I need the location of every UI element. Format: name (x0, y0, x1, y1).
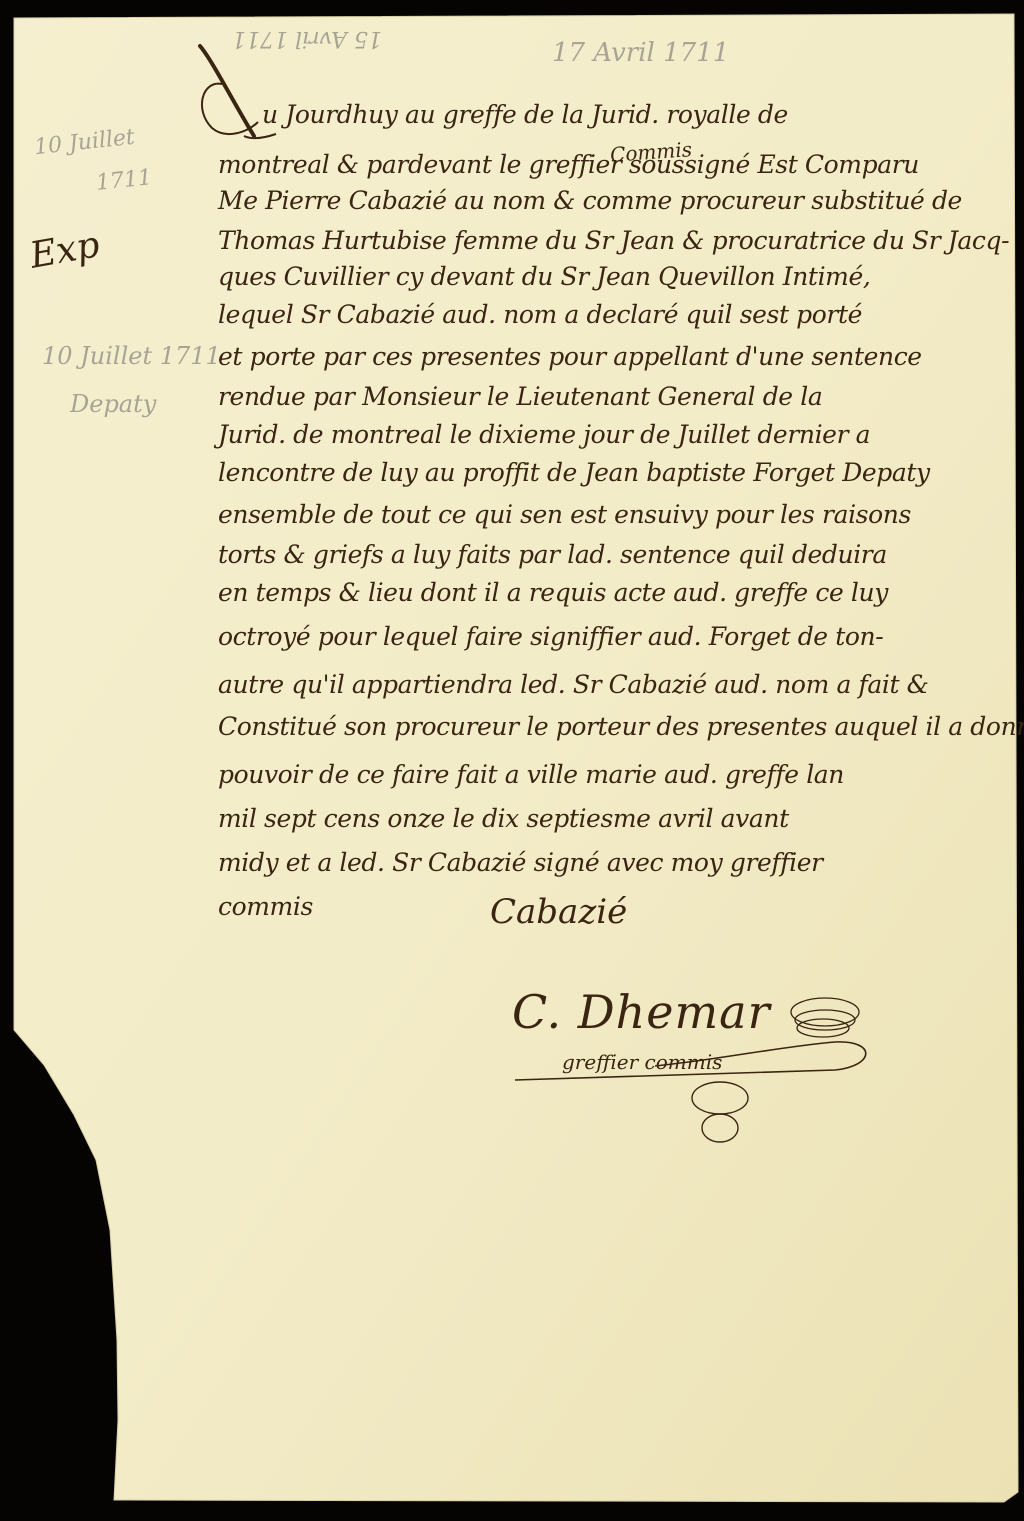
text-line: montreal & pardevant le greffier soussig… (218, 150, 978, 180)
signature-cabazie: Cabazié (490, 892, 627, 932)
text-line: ques Cuvillier cy devant du Sr Jean Quev… (218, 262, 978, 292)
text-line: mil sept cens onze le dix septiesme avri… (218, 804, 978, 834)
manuscript-page: 15 Avril 1711 17 Avril 1711 10 Juillet 1… (0, 0, 1024, 1521)
text-line: lequel Sr Cabazié aud. nom a declaré qui… (218, 300, 978, 330)
signature-dhemar: C. Dhemar (512, 985, 771, 1039)
text-line: Constitué son procureur le porteur des p… (218, 712, 978, 742)
text-line: Me Pierre Cabazié au nom & comme procure… (218, 186, 978, 216)
text-line: autre qu'il appartiendra led. Sr Cabazié… (218, 670, 978, 700)
signature-title: greffier commis (562, 1050, 722, 1074)
text-line: Jurid. de montreal le dixieme jour de Ju… (218, 420, 978, 450)
margin-date-note: 10 Juillet (33, 125, 136, 160)
text-line: torts & griefs a luy faits par lad. sent… (218, 540, 978, 570)
text-line: rendue par Monsieur le Lieutenant Genera… (218, 382, 978, 412)
text-line: u Jourdhuy au greffe de la Jurid. royall… (262, 100, 978, 130)
margin-ink-mark: Exp (27, 224, 103, 276)
decorated-initial-icon (192, 40, 282, 150)
text-line: pouvoir de ce faire fait a ville marie a… (218, 760, 978, 790)
text-line: et porte par ces presentes pour appellan… (218, 342, 978, 372)
text-line: lencontre de luy au proffit de Jean bapt… (218, 458, 978, 488)
margin-date-year: 1711 (95, 165, 153, 196)
text-line: octroyé pour lequel faire signiffier aud… (218, 622, 978, 652)
margin-date-note-2: 10 Juillet 1711 (42, 342, 221, 370)
text-line: Thomas Hurtubise femme du Sr Jean & proc… (218, 226, 978, 256)
text-line: ensemble de tout ce qui sen est ensuivy … (218, 500, 978, 530)
text-line: midy et a led. Sr Cabazié signé avec moy… (218, 848, 978, 878)
margin-name-note: Depaty (70, 390, 156, 418)
pencil-date-header: 17 Avril 1711 (552, 38, 729, 68)
text-line: en temps & lieu dont il a requis acte au… (218, 578, 978, 608)
